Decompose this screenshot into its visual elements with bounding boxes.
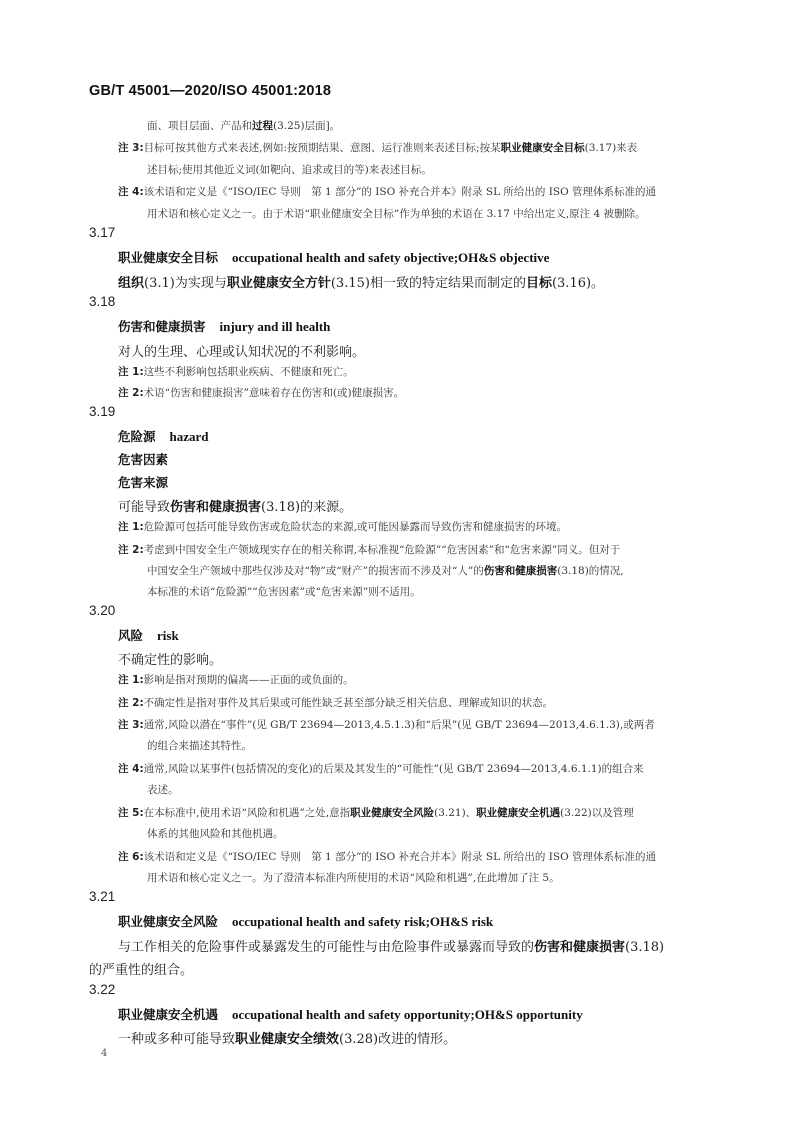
note-label: 注 1: xyxy=(118,521,144,533)
term-heading: 危害来源 xyxy=(118,473,168,491)
text-run: 3.20 xyxy=(89,603,115,618)
text-run: 危险源 xyxy=(118,429,156,444)
definition-text: 一种或多种可能导致职业健康安全绩效(3.28)改进的情形。 xyxy=(118,1028,456,1047)
note-text: 注 1:危险源可包括可能导致伤害或危险状态的来源,或可能因暴露而导致伤害和健康损… xyxy=(118,519,567,534)
term-reference: 职业健康安全绩效 xyxy=(235,1032,339,1047)
note-text: 述目标;使用其他近义词(如靶向、追求或目的等)来表述目标。 xyxy=(147,162,432,177)
text-run: 不确定性是指对事件及其后果或可能性缺乏甚至部分缺乏相关信息、理解或知识的状态。 xyxy=(144,697,554,709)
text-run: 面、项目层面、产品和 xyxy=(147,120,252,132)
term-heading: 伤害和健康损害injury and ill health xyxy=(118,317,330,335)
text-run: (3.28)改进的情形。 xyxy=(339,1032,456,1047)
text-run: 的组合来描述其特性。 xyxy=(147,740,252,752)
term-reference: 职业健康安全目标 xyxy=(501,142,585,154)
english-term: occupational health and safety objective… xyxy=(232,250,549,265)
text-run: (3.25)层面]。 xyxy=(273,120,340,132)
text-run: 这些不利影响包括职业疾病、不健康和死亡。 xyxy=(144,366,354,378)
text-run: 危险源可包括可能导致伤害或危险状态的来源,或可能因暴露而导致伤害和健康损害的环境… xyxy=(144,521,567,533)
text-run: 3.21 xyxy=(89,889,115,904)
text-run: 对人的生理、心理或认知状况的不利影响。 xyxy=(118,345,365,360)
text-run: 伤害和健康损害 xyxy=(118,319,206,334)
text-run: 在本标准中,使用术语“风险和机遇”之处,意指 xyxy=(144,807,350,819)
note-text: 用术语和核心定义之一。由于术语“职业健康安全目标”作为单独的术语在 3.17 中… xyxy=(147,206,645,221)
term-heading: 风险risk xyxy=(118,626,179,644)
text-run: 中国安全生产领域中那些仅涉及对“物”或“财产”的损害而不涉及对“人”的 xyxy=(147,565,484,577)
text-run: 体系的其他风险和其他机遇。 xyxy=(147,828,284,840)
note-label: 注 2: xyxy=(118,544,144,556)
note-text: 注 4:该术语和定义是《“ISO/IEC 导则 第 1 部分”的 ISO 补充合… xyxy=(118,184,656,199)
definition-text: 组织(3.1)为实现与职业健康安全方针(3.15)相一致的特定结果而制定的目标(… xyxy=(118,272,604,291)
note-label: 注 3: xyxy=(118,142,144,154)
note-label: 注 6: xyxy=(118,851,144,863)
text-run: 危害来源 xyxy=(118,475,168,490)
text-run: 职业健康安全目标 xyxy=(118,250,218,265)
term-reference: 过程 xyxy=(252,120,273,132)
page-number: 4 xyxy=(101,1048,107,1059)
clause-number: 3.22 xyxy=(89,982,115,997)
definition-text: 可能导致伤害和健康损害(3.18)的来源。 xyxy=(118,496,352,515)
note-text: 注 6:该术语和定义是《“ISO/IEC 导则 第 1 部分”的 ISO 补充合… xyxy=(118,849,656,864)
text-run: 影响是指对预期的偏离——正面的或负面的。 xyxy=(144,674,354,686)
text-run: 述目标;使用其他近义词(如靶向、追求或目的等)来表述目标。 xyxy=(147,164,432,176)
clause-number: 3.19 xyxy=(89,404,115,419)
text-run: 考虑到中国安全生产领域现实存在的相关称谓,本标准视“危险源”“危害因素”和“危害… xyxy=(144,544,621,556)
note-text: 注 5:在本标准中,使用术语“风险和机遇”之处,意指职业健康安全风险(3.21)… xyxy=(118,805,634,820)
text-run: 通常,风险以某事件(包括情况的变化)的后果及其发生的“可能性”(见 GB/T 2… xyxy=(144,763,644,775)
clause-number: 3.17 xyxy=(89,225,115,240)
text-run: 3.22 xyxy=(89,982,115,997)
note-text: 注 2:考虑到中国安全生产领域现实存在的相关称谓,本标准视“危险源”“危害因素”… xyxy=(118,542,620,557)
text-run: (3.18)的情况, xyxy=(557,565,623,577)
definition-text: 不确定性的影响。 xyxy=(118,649,222,668)
text-run: 用术语和核心定义之一。由于术语“职业健康安全目标”作为单独的术语在 3.17 中… xyxy=(147,208,645,220)
term-reference: 职业健康安全方针 xyxy=(227,276,331,291)
note-text: 注 1:这些不利影响包括职业疾病、不健康和死亡。 xyxy=(118,364,354,379)
text-run: 该术语和定义是《“ISO/IEC 导则 第 1 部分”的 ISO 补充合并本》附… xyxy=(144,851,656,863)
note-text: 的组合来描述其特性。 xyxy=(147,738,252,753)
term-reference: 组织 xyxy=(118,276,144,291)
english-term: occupational health and safety risk;OH&S… xyxy=(232,914,493,929)
note-text: 用术语和核心定义之一。为了澄清本标准内所使用的术语“风险和机遇”,在此增加了注 … xyxy=(147,870,560,885)
note-text: 体系的其他风险和其他机遇。 xyxy=(147,826,284,841)
text-run: (3.1)为实现与 xyxy=(144,276,227,291)
standard-header: GB/T 45001—2020/ISO 45001:2018 xyxy=(89,83,331,99)
text-run: (3.18)的来源。 xyxy=(261,500,352,515)
text-run: 职业健康安全机遇 xyxy=(118,1007,218,1022)
note-label: 注 1: xyxy=(118,366,144,378)
definition-text: 与工作相关的危险事件或暴露发生的可能性与由危险事件或暴露而导致的伤害和健康损害(… xyxy=(118,936,664,955)
text-run: 术语“伤害和健康损害”意味着存在伤害和(或)健康损害。 xyxy=(144,387,404,399)
note-label: 注 2: xyxy=(118,387,144,399)
note-text: 面、项目层面、产品和过程(3.25)层面]。 xyxy=(147,118,340,133)
note-label: 注 2: xyxy=(118,697,144,709)
text-run: (3.21)、 xyxy=(434,807,476,819)
note-label: 注 4: xyxy=(118,763,144,775)
text-run: (3.16)。 xyxy=(552,276,604,291)
term-reference: 伤害和健康损害 xyxy=(534,940,625,955)
note-text: 中国安全生产领域中那些仅涉及对“物”或“财产”的损害而不涉及对“人”的伤害和健康… xyxy=(147,563,624,578)
text-run: 本标准的术语“危险源”“危害因素”或“危害来源”则不适用。 xyxy=(147,586,421,598)
note-text: 注 3:目标可按其他方式来表述,例如:按预期结果、意图、运行准则来表述目标;按某… xyxy=(118,140,637,155)
term-reference: 伤害和健康损害 xyxy=(484,565,558,577)
clause-number: 3.21 xyxy=(89,889,115,904)
english-term: risk xyxy=(157,628,179,643)
text-run: 职业健康安全风险 xyxy=(118,914,218,929)
text-run: 该术语和定义是《“ISO/IEC 导则 第 1 部分”的 ISO 补充合并本》附… xyxy=(144,186,656,198)
definition-text: 的严重性的组合。 xyxy=(89,959,193,978)
term-reference: 职业健康安全风险 xyxy=(350,807,434,819)
text-run: 目标可按其他方式来表述,例如:按预期结果、意图、运行准则来表述目标;按某 xyxy=(144,142,501,154)
text-run: 与工作相关的危险事件或暴露发生的可能性与由危险事件或暴露而导致的 xyxy=(118,940,534,955)
text-run: (3.15)相一致的特定结果而制定的 xyxy=(331,276,526,291)
text-run: 不确定性的影响。 xyxy=(118,653,222,668)
term-reference: 目标 xyxy=(526,276,552,291)
text-run: 通常,风险以潜在“事件”(见 GB/T 23694—2013,4.5.1.3)和… xyxy=(144,719,655,731)
term-heading: 危险源hazard xyxy=(118,427,209,445)
english-term: hazard xyxy=(170,429,209,444)
note-text: 表述。 xyxy=(147,782,179,797)
text-run: 风险 xyxy=(118,628,143,643)
definition-text: 对人的生理、心理或认知状况的不利影响。 xyxy=(118,341,365,360)
text-run: 一种或多种可能导致 xyxy=(118,1032,235,1047)
text-run: 危害因素 xyxy=(118,452,168,467)
text-run: 3.17 xyxy=(89,225,115,240)
note-label: 注 4: xyxy=(118,186,144,198)
term-heading: 危害因素 xyxy=(118,450,168,468)
text-run: (3.22)以及管理 xyxy=(560,807,634,819)
term-heading: 职业健康安全目标occupational health and safety o… xyxy=(118,248,549,266)
note-text: 注 1:影响是指对预期的偏离——正面的或负面的。 xyxy=(118,672,354,687)
note-text: 本标准的术语“危险源”“危害因素”或“危害来源”则不适用。 xyxy=(147,584,421,599)
note-label: 注 5: xyxy=(118,807,144,819)
text-run: 用术语和核心定义之一。为了澄清本标准内所使用的术语“风险和机遇”,在此增加了注 … xyxy=(147,872,560,884)
text-run: (3.17)来表 xyxy=(585,142,638,154)
clause-number: 3.18 xyxy=(89,294,115,309)
english-term: injury and ill health xyxy=(220,319,331,334)
text-run: 3.19 xyxy=(89,404,115,419)
text-run: 表述。 xyxy=(147,784,179,796)
term-heading: 职业健康安全机遇occupational health and safety o… xyxy=(118,1005,583,1023)
note-text: 注 2:术语“伤害和健康损害”意味着存在伤害和(或)健康损害。 xyxy=(118,385,404,400)
english-term: occupational health and safety opportuni… xyxy=(232,1007,583,1022)
term-reference: 伤害和健康损害 xyxy=(170,500,261,515)
text-run: (3.18) xyxy=(625,940,664,955)
clause-number: 3.20 xyxy=(89,603,115,618)
term-heading: 职业健康安全风险occupational health and safety r… xyxy=(118,912,493,930)
note-label: 注 1: xyxy=(118,674,144,686)
term-reference: 职业健康安全机遇 xyxy=(476,807,560,819)
text-run: 可能导致 xyxy=(118,500,170,515)
note-label: 注 3: xyxy=(118,719,144,731)
document-page: GB/T 45001—2020/ISO 45001:2018 面、项目层面、产品… xyxy=(0,0,793,1123)
note-text: 注 3:通常,风险以潜在“事件”(见 GB/T 23694—2013,4.5.1… xyxy=(118,717,655,732)
text-run: 的严重性的组合。 xyxy=(89,963,193,978)
note-text: 注 2:不确定性是指对事件及其后果或可能性缺乏甚至部分缺乏相关信息、理解或知识的… xyxy=(118,695,553,710)
note-text: 注 4:通常,风险以某事件(包括情况的变化)的后果及其发生的“可能性”(见 GB… xyxy=(118,761,644,776)
text-run: 3.18 xyxy=(89,294,115,309)
